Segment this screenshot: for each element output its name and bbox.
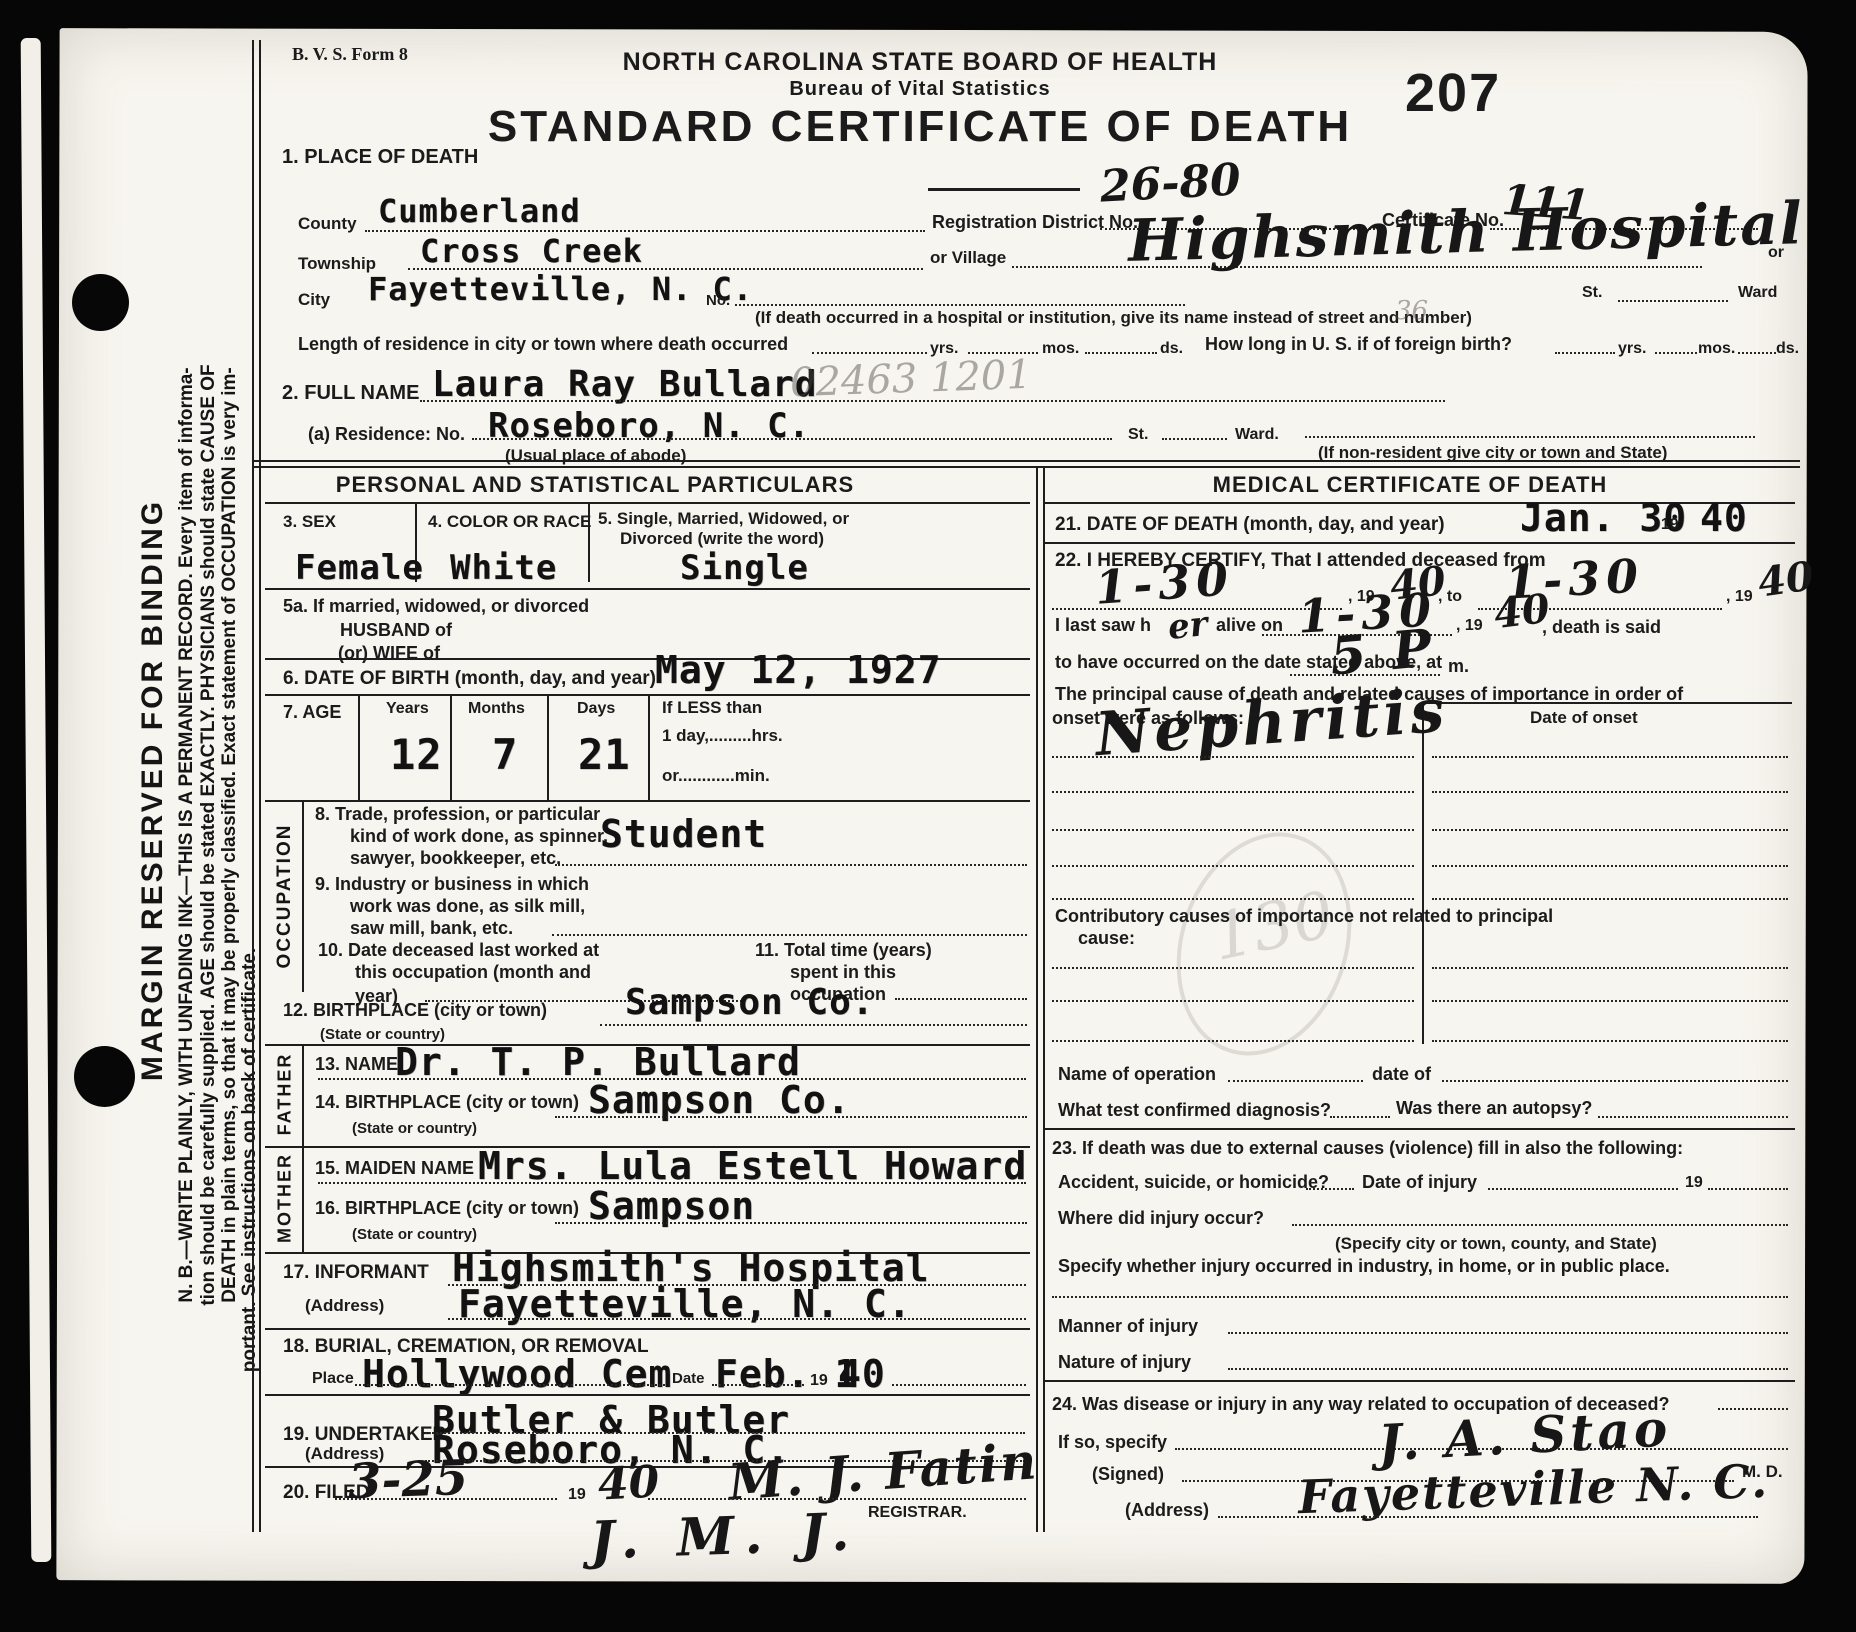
if-less-label-3: or............min. bbox=[662, 766, 770, 786]
city-rule bbox=[735, 304, 1185, 306]
age-years-value: 12 bbox=[390, 730, 443, 779]
months-header: Months bbox=[468, 700, 525, 718]
occurred-rule bbox=[1290, 674, 1440, 676]
manner-rule bbox=[1228, 1332, 1788, 1334]
q16-rule bbox=[555, 1222, 1027, 1224]
onset-rule bbox=[1432, 756, 1788, 758]
rule bbox=[1045, 1380, 1795, 1382]
wife-of-label: (or) WIFE of bbox=[338, 643, 440, 664]
mos-label: mos. bbox=[1042, 340, 1079, 358]
race-value: White bbox=[450, 548, 557, 588]
q18-place-label: Place bbox=[312, 1370, 354, 1388]
q21-19-label: . 19 bbox=[1652, 516, 1679, 534]
if-less-label-1: If LESS than bbox=[662, 698, 762, 718]
margin-instruction-line-4: portant. See instructions on back of cer… bbox=[239, 948, 261, 1372]
onset-box-divider bbox=[1422, 702, 1424, 1044]
foreign-yrs-label: yrs. bbox=[1618, 340, 1646, 358]
q20-rule-2 bbox=[648, 1498, 1026, 1500]
full-name-label: 2. FULL NAME bbox=[282, 382, 419, 405]
q17-address-label: (Address) bbox=[305, 1296, 384, 1316]
lastsaw-label-pre: I last saw h bbox=[1055, 615, 1151, 636]
q18-rule-3 bbox=[892, 1384, 1026, 1386]
q8-label-1: 8. Trade, profession, or particular bbox=[315, 804, 600, 825]
form-left-border-inner bbox=[259, 40, 261, 1532]
county-label: County bbox=[298, 214, 357, 234]
where-injury-rule bbox=[1292, 1224, 1788, 1226]
foreign-birth-label: How long in U. S. if of foreign birth? bbox=[1205, 334, 1512, 355]
burial-date-value: Feb. 1 bbox=[715, 1352, 858, 1396]
accident-rule bbox=[1306, 1188, 1354, 1190]
yrs-rule bbox=[812, 352, 927, 354]
q19-label: 19. UNDERTAKER bbox=[283, 1424, 446, 1446]
place-of-death-section-label: 1. PLACE OF DEATH bbox=[282, 146, 478, 169]
contributory-rule bbox=[1052, 1040, 1414, 1042]
q14-label: 14. BIRTHPLACE (city or town) bbox=[315, 1092, 579, 1113]
age-divider-3 bbox=[547, 694, 549, 800]
ds-label: ds. bbox=[1160, 340, 1183, 358]
occupation-value: Student bbox=[600, 812, 767, 856]
q17-label: 17. INFORMANT bbox=[283, 1262, 429, 1284]
operation-rule bbox=[1228, 1080, 1363, 1082]
test-label: What test confirmed diagnosis? bbox=[1058, 1100, 1331, 1121]
medical-section-title: MEDICAL CERTIFICATE OF DEATH bbox=[1050, 472, 1770, 498]
q20-rule-1 bbox=[335, 1498, 557, 1500]
foreign-ds-label: ds. bbox=[1776, 340, 1799, 358]
manner-label: Manner of injury bbox=[1058, 1316, 1198, 1337]
onset-box-top-rule bbox=[1422, 702, 1792, 704]
date-of-rule bbox=[1442, 1080, 1788, 1082]
place-st-label: St. bbox=[1582, 284, 1602, 302]
test-rule bbox=[1330, 1116, 1390, 1118]
if-less-label-2: 1 day,.........hrs. bbox=[662, 726, 783, 746]
cause-rule bbox=[1052, 829, 1414, 831]
scan-edge-sliver bbox=[21, 38, 52, 1562]
address-rule bbox=[1218, 1516, 1758, 1518]
q14-state-note: (State or country) bbox=[352, 1120, 477, 1137]
husband-of-label: HUSBAND of bbox=[340, 620, 452, 641]
age-divider-1 bbox=[358, 694, 360, 800]
margin-instruction-line-1: N. B.—WRITE PLAINLY, WITH UNFADING INK—T… bbox=[176, 367, 198, 1302]
q23-label: 23. If death was due to external causes … bbox=[1052, 1138, 1683, 1159]
attended-to-year: 40 bbox=[1755, 552, 1817, 606]
mother-sidebar-divider bbox=[302, 1146, 304, 1252]
married-widowed-label: 5a. If married, widowed, or divorced bbox=[283, 596, 589, 617]
scanned-death-certificate: { "scan": { "stamp_number": "207", "penc… bbox=[0, 0, 1856, 1632]
race-label: 4. COLOR OR RACE bbox=[428, 512, 591, 532]
mother-side-label: MOTHER bbox=[275, 1153, 296, 1243]
margin-binding-note: MARGIN RESERVED FOR BINDING bbox=[136, 499, 170, 1081]
q20-19-label: 19 bbox=[568, 1486, 586, 1504]
q22-to-label: , to bbox=[1438, 588, 1462, 606]
bureau-title: Bureau of Vital Statistics bbox=[520, 78, 1320, 101]
registrar-label: REGISTRAR. bbox=[868, 1504, 967, 1522]
filed-date-value: 3-25 bbox=[347, 1450, 469, 1510]
onset-rule bbox=[1432, 1000, 1788, 1002]
accident-label: Accident, suicide, or homicide? bbox=[1058, 1172, 1329, 1193]
q17-address-rule bbox=[448, 1318, 1026, 1320]
q11-rule bbox=[895, 998, 1027, 1000]
abode-note: (Usual place of abode) bbox=[505, 446, 686, 466]
residence-st-label: St. bbox=[1128, 426, 1148, 444]
nonresident-note: (If non-resident give city or town and S… bbox=[1318, 443, 1667, 463]
lastsaw-19-label: , 19 bbox=[1456, 617, 1483, 635]
days-header: Days bbox=[577, 700, 615, 718]
q18-rule-1 bbox=[355, 1384, 665, 1386]
sex-value: Female bbox=[295, 548, 424, 588]
foreign-mos-label: mos. bbox=[1698, 340, 1735, 358]
death-said-label: , death is said bbox=[1542, 617, 1661, 638]
county-value: Cumberland bbox=[378, 192, 581, 230]
rule bbox=[1045, 542, 1795, 544]
cause-rule bbox=[1052, 865, 1414, 867]
contributory-label-2: cause: bbox=[1078, 928, 1135, 949]
stray-rule bbox=[928, 188, 1080, 191]
city-label: City bbox=[298, 290, 330, 310]
occupation-sidebar-divider bbox=[302, 800, 304, 992]
q18-19-label: 19 bbox=[810, 1372, 828, 1390]
age-days-value: 21 bbox=[578, 730, 631, 779]
signed-label: (Signed) bbox=[1092, 1464, 1164, 1485]
burial-place-value: Hollywood Cem bbox=[362, 1352, 672, 1396]
age-divider-2 bbox=[450, 694, 452, 800]
death-year-value: 40 bbox=[1700, 496, 1748, 540]
ifso-label: If so, specify bbox=[1058, 1432, 1167, 1453]
specify-rule bbox=[1052, 1296, 1788, 1298]
q9-label-3: saw mill, bank, etc. bbox=[350, 918, 513, 939]
nature-rule bbox=[1228, 1368, 1788, 1370]
onset-rule bbox=[1432, 865, 1788, 867]
place-ward-label: Ward bbox=[1738, 284, 1777, 302]
certificate-title: STANDARD CERTIFICATE OF DEATH bbox=[420, 102, 1420, 152]
lastsaw-label-post: alive on bbox=[1216, 615, 1283, 636]
race-marital-divider bbox=[588, 502, 590, 582]
foreign-mos-rule bbox=[1655, 352, 1697, 354]
q9-label-2: work was done, as silk mill, bbox=[350, 896, 585, 917]
injury-date-label: Date of injury bbox=[1362, 1172, 1477, 1193]
contributory-rule bbox=[1052, 1000, 1414, 1002]
onset-rule bbox=[1432, 1040, 1788, 1042]
cause-rule bbox=[1052, 756, 1414, 758]
dob-value: May 12, 1927 bbox=[655, 648, 942, 692]
age-label: 7. AGE bbox=[283, 702, 341, 723]
onset-rule bbox=[1432, 898, 1788, 900]
q8-rule bbox=[555, 864, 1027, 866]
q16-state-note: (State or country) bbox=[352, 1226, 477, 1243]
q21-label: 21. DATE OF DEATH (month, day, and year) bbox=[1055, 514, 1445, 536]
filed-year-value: 40 bbox=[597, 1456, 661, 1510]
center-divider-outer bbox=[1036, 466, 1038, 1532]
burial-year-value: 40 bbox=[838, 1352, 886, 1396]
q11-label-1: 11. Total time (years) bbox=[755, 940, 932, 961]
binder-hole-top bbox=[72, 274, 129, 331]
residence-rule bbox=[472, 438, 1112, 440]
st-rule bbox=[1618, 300, 1728, 302]
full-name-rule bbox=[420, 400, 1445, 402]
date-of-label: date of bbox=[1372, 1064, 1431, 1085]
rule bbox=[265, 588, 1030, 590]
village-label: or Village bbox=[930, 248, 1006, 268]
margin-instruction-line-2: tion should be carefully supplied. AGE s… bbox=[198, 364, 220, 1305]
binder-hole-bottom bbox=[74, 1046, 135, 1107]
margin-instruction-line-3: DEATH in plain terms, so that it may be … bbox=[219, 367, 241, 1302]
q14-rule bbox=[555, 1116, 1027, 1118]
q11-label-2: spent in this bbox=[790, 962, 896, 983]
rule bbox=[265, 1394, 1030, 1396]
pencil-file-number: 02463 1201 bbox=[789, 352, 1032, 406]
cause-rule bbox=[1052, 898, 1414, 900]
nature-label: Nature of injury bbox=[1058, 1352, 1191, 1373]
where-injury-label: Where did injury occur? bbox=[1058, 1208, 1264, 1229]
residence-label: (a) Residence: No. bbox=[308, 424, 465, 445]
center-divider-inner bbox=[1043, 466, 1045, 1532]
q10-label-1: 10. Date deceased last worked at bbox=[318, 940, 599, 961]
q15-label: 15. MAIDEN NAME bbox=[315, 1158, 474, 1179]
father-side-label: FATHER bbox=[275, 1053, 296, 1136]
specify-label: Specify whether injury occurred in indus… bbox=[1058, 1256, 1670, 1277]
marital-label-1: 5. Single, Married, Widowed, or bbox=[598, 509, 849, 529]
q8-label-2: kind of work done, as spinner, bbox=[350, 826, 608, 847]
onset-header: Date of onset bbox=[1530, 708, 1638, 728]
board-title: NORTH CAROLINA STATE BOARD OF HEALTH bbox=[520, 48, 1320, 77]
institution-note: (If death occurred in a hospital or inst… bbox=[755, 308, 1472, 328]
personal-section-title: PERSONAL AND STATISTICAL PARTICULARS bbox=[275, 472, 915, 498]
marital-label-2: Divorced (write the word) bbox=[620, 529, 824, 549]
onset-rule bbox=[1432, 967, 1788, 969]
stamp-number: 207 bbox=[1405, 62, 1501, 124]
q18-rule-2 bbox=[712, 1384, 804, 1386]
city-value: Fayetteville, N. C. bbox=[368, 270, 753, 308]
q18-date-label: Date bbox=[672, 1370, 705, 1387]
header-separator-bottom bbox=[252, 466, 1800, 468]
residence-ward-rule bbox=[1305, 436, 1755, 438]
bottom-initials-script: J. M. J. bbox=[589, 1501, 860, 1571]
q8-label-3: sawyer, bookkeeper, etc. bbox=[350, 848, 561, 869]
township-label: Township bbox=[298, 254, 376, 274]
residence-value: Roseboro, N. C. bbox=[488, 406, 810, 446]
residence-st-rule bbox=[1162, 438, 1227, 440]
operation-label: Name of operation bbox=[1058, 1064, 1216, 1085]
q12-label: 12. BIRTHPLACE (city or town) bbox=[283, 1000, 547, 1021]
street-no-label: No. bbox=[706, 292, 730, 309]
ds-rule bbox=[1085, 352, 1157, 354]
contributory-rule bbox=[1052, 967, 1414, 969]
or-label: or bbox=[1768, 244, 1784, 262]
cause-rule bbox=[1052, 791, 1414, 793]
birthplace-value: Sampson Co. bbox=[625, 982, 874, 1023]
q9-label-1: 9. Industry or business in which bbox=[315, 874, 589, 895]
rule bbox=[1045, 1128, 1795, 1130]
father-sidebar-divider bbox=[302, 1044, 304, 1146]
township-value: Cross Creek bbox=[420, 232, 643, 270]
foreign-yrs-rule bbox=[1555, 352, 1615, 354]
m-label: m. bbox=[1448, 656, 1469, 677]
q10-label-2: this occupation (month and bbox=[355, 962, 591, 983]
sex-label: 3. SEX bbox=[283, 512, 336, 532]
where-injury-note: (Specify city or town, county, and State… bbox=[1335, 1234, 1657, 1254]
foreign-ds-rule bbox=[1738, 352, 1776, 354]
marital-value: Single bbox=[680, 548, 809, 588]
attended-from-value: 1-30 bbox=[1093, 551, 1236, 615]
onset-rule bbox=[1432, 791, 1788, 793]
residence-length-label: Length of residence in city or town wher… bbox=[298, 334, 788, 355]
q9-rule bbox=[552, 934, 1027, 936]
autopsy-rule bbox=[1598, 1116, 1788, 1118]
form-left-border-outer bbox=[252, 40, 254, 1532]
occupation-side-label: OCCUPATION bbox=[274, 824, 296, 969]
q22-19b-label: , 19 bbox=[1726, 588, 1753, 606]
q16-label: 16. BIRTHPLACE (city or town) bbox=[315, 1198, 579, 1219]
onset-rule bbox=[1432, 829, 1788, 831]
rule bbox=[265, 1328, 1030, 1330]
autopsy-label: Was there an autopsy? bbox=[1396, 1098, 1592, 1119]
lastsaw-fill-script: er bbox=[1166, 604, 1210, 648]
form-number: B. V. S. Form 8 bbox=[292, 44, 408, 65]
q13-label: 13. NAME bbox=[315, 1054, 398, 1075]
injury-date-rule bbox=[1488, 1188, 1678, 1190]
rule bbox=[265, 800, 1030, 802]
q24-rule bbox=[1718, 1408, 1788, 1410]
contributory-label-1: Contributory causes of importance not re… bbox=[1055, 906, 1553, 927]
residence-ward-label: Ward. bbox=[1235, 426, 1279, 444]
q12-rule bbox=[600, 1024, 1027, 1026]
age-months-value: 7 bbox=[492, 730, 518, 779]
injury-19-label: 19 bbox=[1685, 1174, 1703, 1192]
address-label: (Address) bbox=[1125, 1500, 1209, 1521]
pencil-corner-mark: 36 bbox=[1395, 296, 1428, 326]
injury-19-rule bbox=[1708, 1188, 1788, 1190]
full-name-value: Laura Ray Bullard bbox=[432, 364, 817, 405]
rule bbox=[265, 502, 1030, 504]
age-divider-4 bbox=[648, 694, 650, 800]
dob-label: 6. DATE OF BIRTH (month, day, and year) bbox=[283, 668, 656, 690]
years-header: Years bbox=[386, 700, 429, 718]
